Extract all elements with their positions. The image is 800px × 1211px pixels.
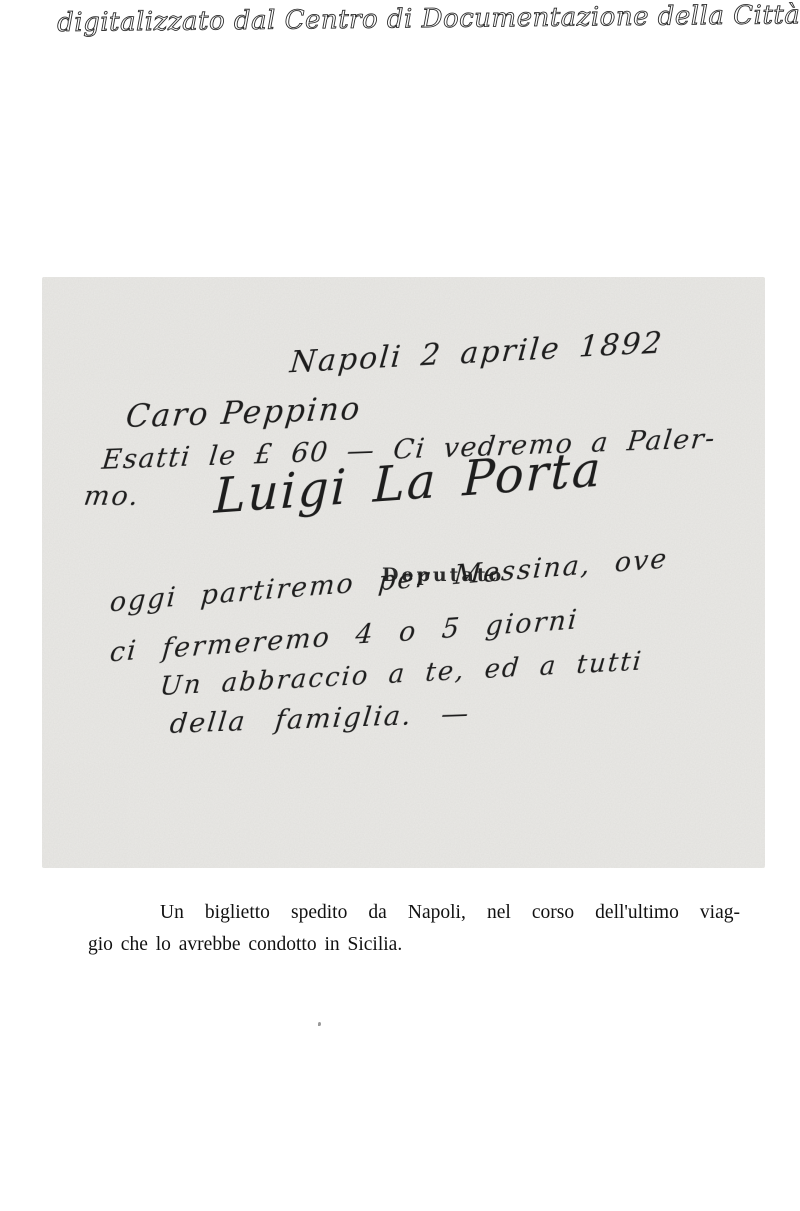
- caption-line-2: gio che lo avrebbe condotto in Sicilia.: [88, 929, 742, 961]
- note-salutation: Caro Peppino: [124, 391, 363, 435]
- caption-line-1: Un biglietto spedito da Napoli, nel cors…: [160, 897, 740, 929]
- print-speck: [318, 1022, 321, 1026]
- note-body-line-6: della famiglia. —: [168, 698, 471, 740]
- watermark-text: digitalizzato dal Centro di Documentazio…: [57, 1, 757, 38]
- scanned-note-photo: Napoli 2 aprile 1892 Caro Peppino Esatti…: [42, 277, 765, 868]
- note-body-line-3: oggi partiremo per Messina, ove: [109, 543, 670, 618]
- note-dateline: Napoli 2 aprile 1892: [288, 325, 665, 380]
- note-body-line-2: mo.: [82, 481, 142, 512]
- photo-caption: Un biglietto spedito da Napoli, nel cors…: [88, 897, 742, 961]
- book-page: digitalizzato dal Centro di Documentazio…: [0, 0, 800, 1211]
